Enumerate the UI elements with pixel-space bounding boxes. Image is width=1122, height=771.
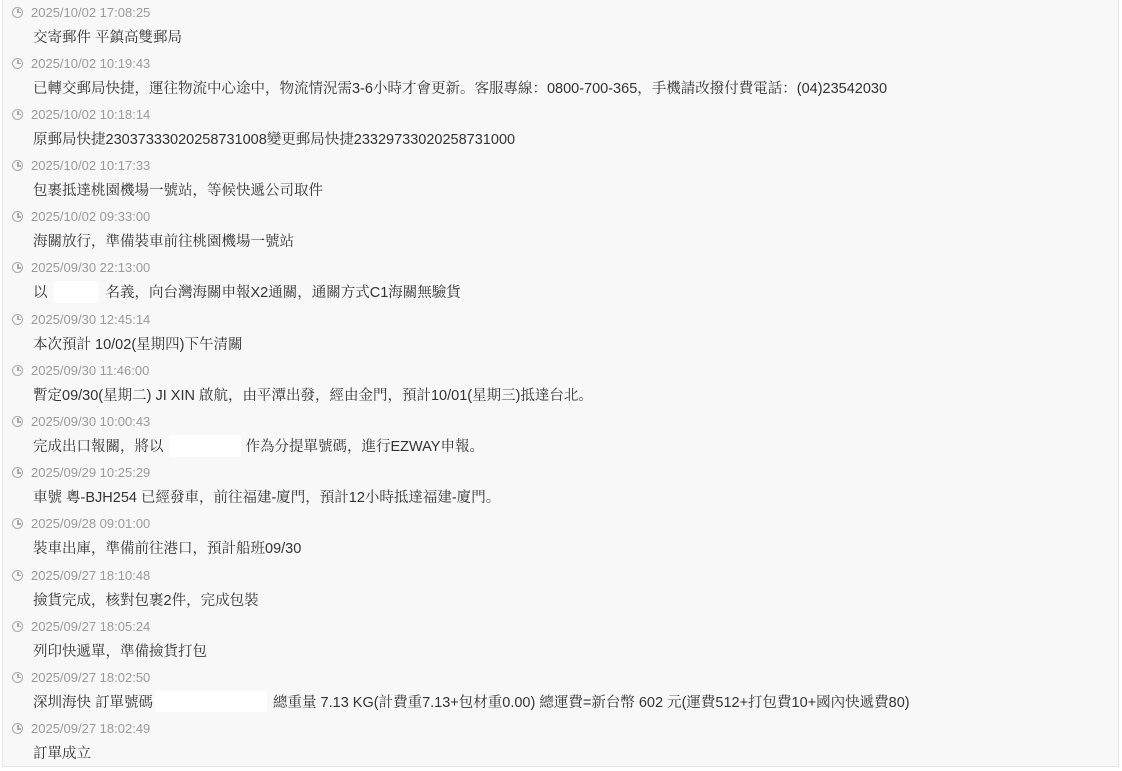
timeline-entry: 2025/09/30 22:13:00 以 名義，向台灣海關申報X2通關，通關方… bbox=[3, 257, 1118, 308]
clock-icon bbox=[12, 570, 23, 581]
timeline-entry: 2025/09/29 10:25:29 車號 粵-BJH254 已經發車，前往福… bbox=[3, 462, 1118, 513]
timeline-entry: 2025/10/02 17:08:25 交寄郵件 平鎮高雙郵局 bbox=[3, 1, 1118, 52]
entry-message: 裝車出庫，準備前往港口，預計船班09/30 bbox=[33, 537, 301, 558]
clock-icon bbox=[12, 672, 23, 683]
entry-timestamp: 2025/09/27 18:02:50 bbox=[31, 670, 150, 685]
entry-timestamp: 2025/09/30 22:13:00 bbox=[31, 260, 150, 275]
entry-message: 已轉交郵局快捷，運往物流中心途中，物流情況需3-6小時才會更新。客服專線：080… bbox=[33, 77, 887, 98]
entry-message: 包裹抵達桃園機場一號站，等候快遞公司取件 bbox=[33, 179, 323, 200]
clock-icon bbox=[12, 109, 23, 120]
entry-message-prefix: 完成出口報關，將以 bbox=[33, 435, 164, 456]
entry-timestamp: 2025/09/28 09:01:00 bbox=[31, 516, 150, 531]
entry-timestamp: 2025/09/30 10:00:43 bbox=[31, 414, 150, 429]
clock-icon bbox=[12, 314, 23, 325]
tracking-panel: 2025/10/02 17:08:25 交寄郵件 平鎮高雙郵局 2025/10/… bbox=[2, 0, 1119, 767]
entry-message-suffix: 名義，向台灣海關申報X2通關，通關方式C1海關無驗貨 bbox=[106, 281, 461, 302]
timeline-entry: 2025/09/28 09:01:00 裝車出庫，準備前往港口，預計船班09/3… bbox=[3, 513, 1118, 564]
entry-message: 暫定09/30(星期二) JI XIN 啟航，由平潭出發，經由金門，預計10/0… bbox=[33, 384, 593, 405]
timeline-entry: 2025/09/27 18:02:49 訂單成立 bbox=[3, 718, 1118, 769]
entry-message-prefix: 以 bbox=[33, 281, 48, 302]
timeline-entry: 2025/09/30 11:46:00 暫定09/30(星期二) JI XIN … bbox=[3, 359, 1118, 410]
entry-timestamp: 2025/10/02 17:08:25 bbox=[31, 5, 150, 20]
timeline-entry: 2025/09/27 18:10:48 撿貨完成，核對包裹2件，完成包裝 bbox=[3, 564, 1118, 615]
clock-icon bbox=[12, 467, 23, 478]
entry-timestamp: 2025/09/27 18:05:24 bbox=[31, 619, 150, 634]
clock-icon bbox=[12, 160, 23, 171]
entry-message-suffix: 總重量 7.13 KG(計費重7.13+包材重0.00) 總運費=新台幣 602… bbox=[273, 691, 910, 712]
entry-message: 交寄郵件 平鎮高雙郵局 bbox=[33, 26, 182, 47]
timeline-entry: 2025/10/02 10:17:33 包裹抵達桃園機場一號站，等候快遞公司取件 bbox=[3, 155, 1118, 206]
entry-message: 撿貨完成，核對包裹2件，完成包裝 bbox=[33, 589, 259, 610]
entry-timestamp: 2025/10/02 10:17:33 bbox=[31, 158, 150, 173]
timeline-entry: 2025/10/02 09:33:00 海關放行，準備裝車前往桃園機場一號站 bbox=[3, 206, 1118, 257]
entry-timestamp: 2025/09/27 18:10:48 bbox=[31, 568, 150, 583]
entry-timestamp: 2025/10/02 10:18:14 bbox=[31, 107, 150, 122]
timeline-entry: 2025/10/02 10:19:43 已轉交郵局快捷，運往物流中心途中，物流情… bbox=[3, 52, 1118, 103]
clock-icon bbox=[12, 723, 23, 734]
entry-message: 車號 粵-BJH254 已經發車，前往福建-廈門，預計12小時抵達福建-廈門。 bbox=[33, 486, 500, 507]
timeline-entry: 2025/10/02 10:18:14 原郵局快捷230373330202587… bbox=[3, 103, 1118, 154]
timeline-entry: 2025/09/30 12:45:14 本次預計 10/02(星期四)下午清關 bbox=[3, 308, 1118, 359]
entry-message-suffix: 作為分提單號碼，進行EZWAY申報。 bbox=[246, 435, 484, 456]
timeline-entry: 2025/09/27 18:05:24 列印快遞單，準備撿貨打包 bbox=[3, 615, 1118, 666]
clock-icon bbox=[12, 262, 23, 273]
clock-icon bbox=[12, 365, 23, 376]
clock-icon bbox=[12, 416, 23, 427]
timeline-entry: 2025/09/30 10:00:43 完成出口報關，將以 作為分提單號碼，進行… bbox=[3, 411, 1118, 462]
entry-timestamp: 2025/09/30 11:46:00 bbox=[31, 363, 149, 378]
entry-timestamp: 2025/09/27 18:02:49 bbox=[31, 721, 150, 736]
entry-message: 訂單成立 bbox=[33, 742, 91, 763]
clock-icon bbox=[12, 518, 23, 529]
entry-timestamp: 2025/09/30 12:45:14 bbox=[31, 312, 150, 327]
entry-message: 列印快遞單，準備撿貨打包 bbox=[33, 640, 207, 661]
clock-icon bbox=[12, 621, 23, 632]
redacted-block bbox=[169, 435, 241, 457]
entry-message: 海關放行，準備裝車前往桃園機場一號站 bbox=[33, 230, 294, 251]
entry-timestamp: 2025/10/02 09:33:00 bbox=[31, 209, 150, 224]
entry-timestamp: 2025/10/02 10:19:43 bbox=[31, 56, 150, 71]
timeline-entry: 2025/09/27 18:02:50 深圳海快 訂單號碼 總重量 7.13 K… bbox=[3, 666, 1118, 717]
entry-message-prefix: 深圳海快 訂單號碼 bbox=[33, 691, 153, 712]
clock-icon bbox=[12, 211, 23, 222]
clock-icon bbox=[12, 58, 23, 69]
entry-message: 本次預計 10/02(星期四)下午清關 bbox=[33, 333, 242, 354]
entry-timestamp: 2025/09/29 10:25:29 bbox=[31, 465, 150, 480]
redacted-block bbox=[155, 690, 267, 712]
tracking-timeline: 2025/10/02 17:08:25 交寄郵件 平鎮高雙郵局 2025/10/… bbox=[3, 1, 1118, 769]
clock-icon bbox=[12, 7, 23, 18]
redacted-block bbox=[54, 281, 98, 303]
entry-message: 原郵局快捷230373330202587310​08變更郵局快捷23329733… bbox=[33, 128, 515, 149]
